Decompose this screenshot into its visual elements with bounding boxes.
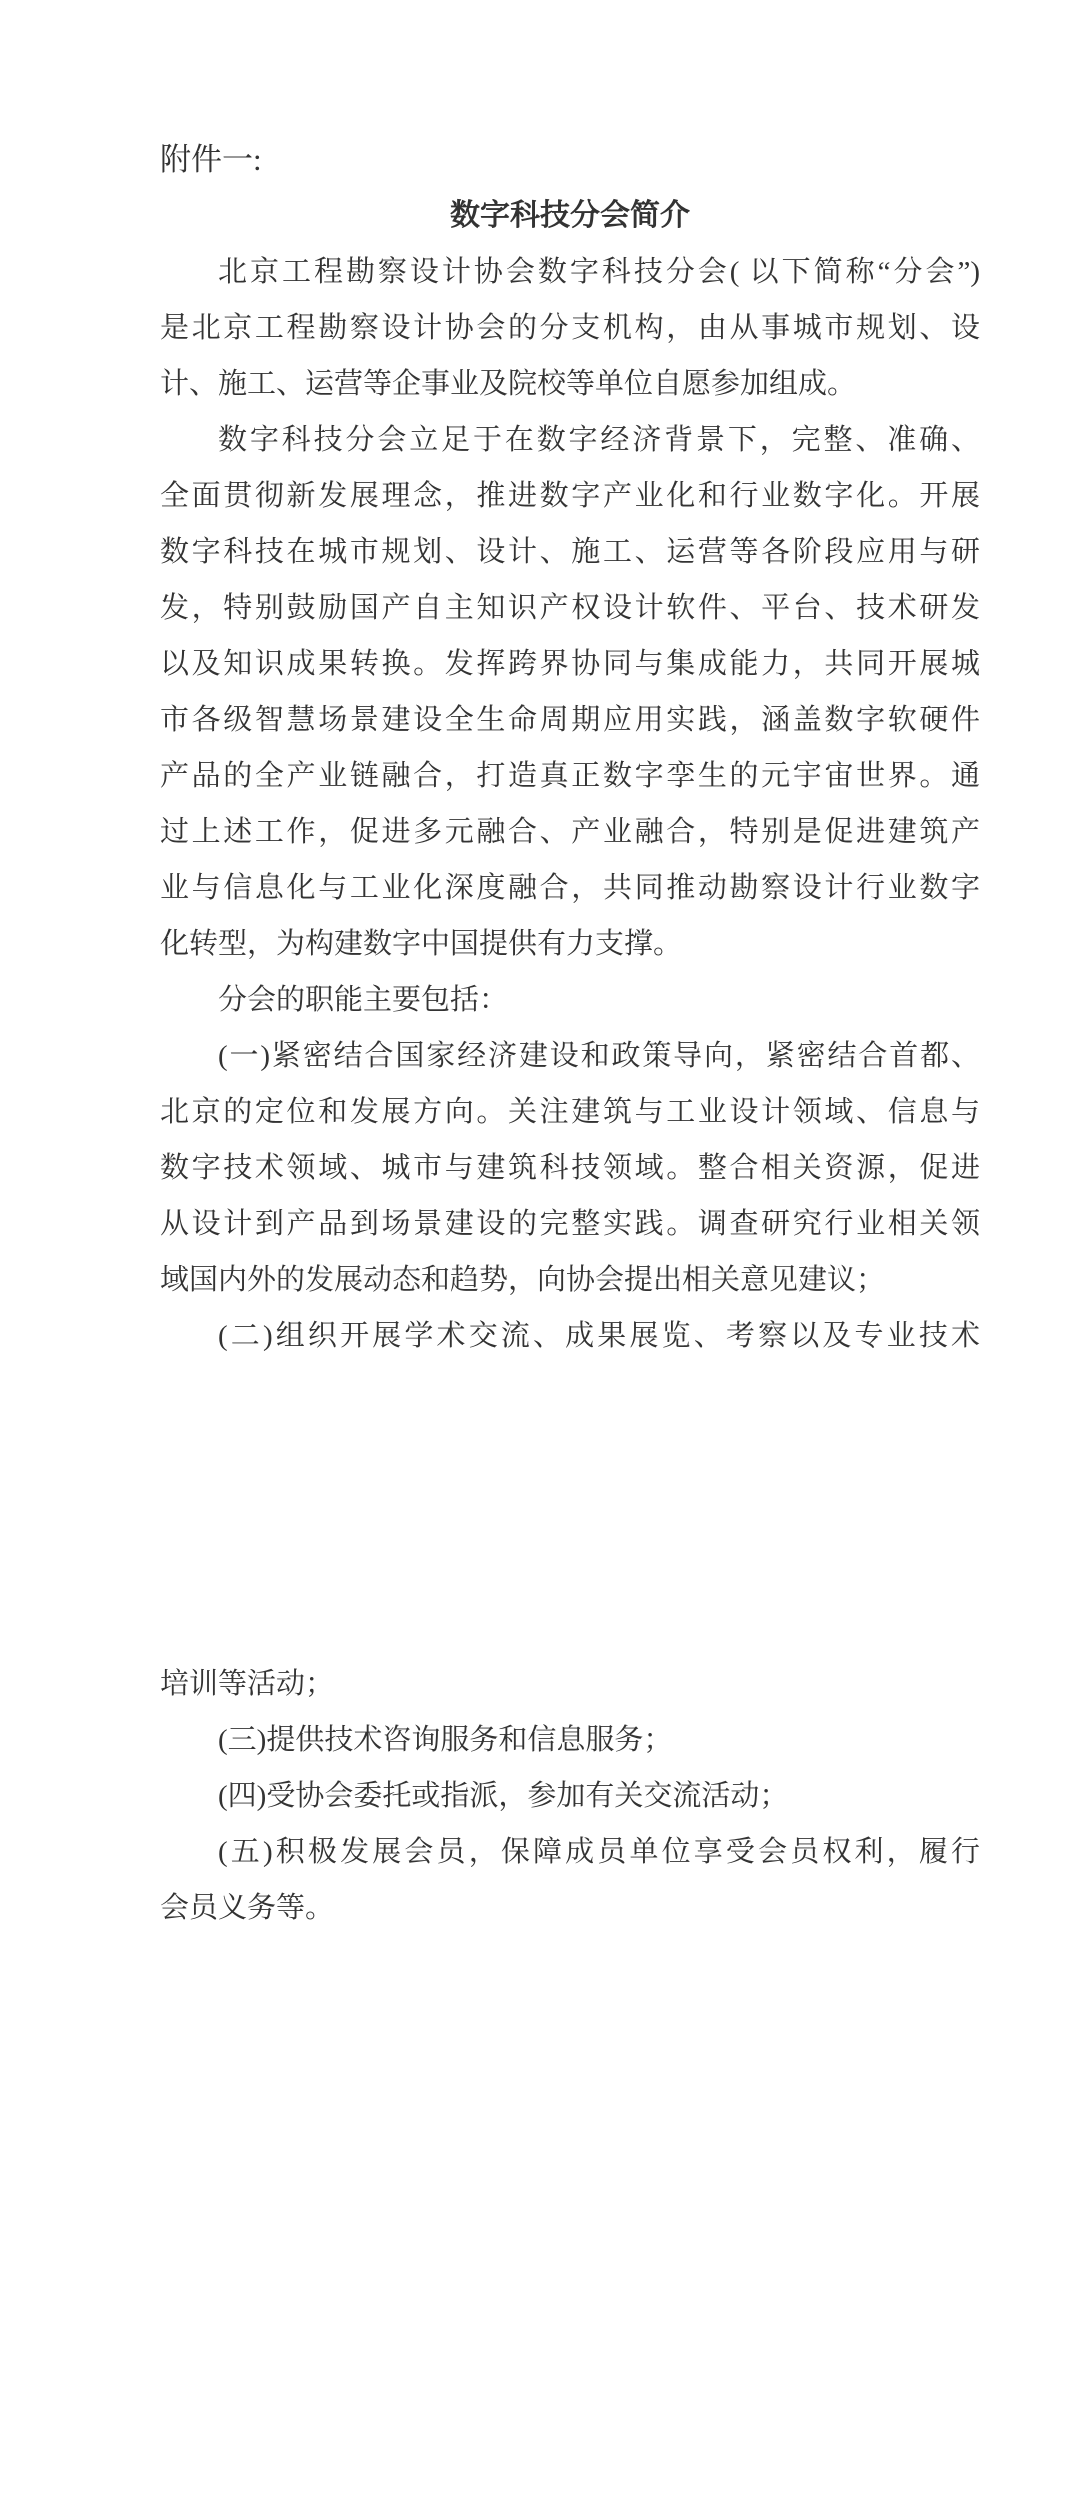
text-line: 是北京工程勘察设计协会的分支机构，由从事城市规划、设: [160, 300, 980, 356]
document-title: 数字科技分会简介: [160, 188, 980, 244]
text-line: 数字科技分会立足于在数字经济背景下，完整、准确、: [160, 412, 980, 468]
text-line: (二)组织开展学术交流、成果展览、考察以及专业技术: [160, 1308, 980, 1364]
text-line: 全面贯彻新发展理念，推进数字产业化和行业数字化。开展: [160, 468, 980, 524]
text-line: (四)受协会委托或指派，参加有关交流活动；: [160, 1768, 980, 1824]
text-line: (五)积极发展会员，保障成员单位享受会员权利，履行: [160, 1824, 980, 1880]
text-line: 北京的定位和发展方向。关注建筑与工业设计领域、信息与: [160, 1084, 980, 1140]
text-line: 数字科技在城市规划、设计、施工、运营等各阶段应用与研: [160, 524, 980, 580]
text-line: 培训等活动；: [160, 1656, 980, 1712]
text-line: 以及知识成果转换。发挥跨界协同与集成能力，共同开展城: [160, 636, 980, 692]
text-line: 化转型，为构建数字中国提供有力支撑。: [160, 916, 980, 972]
text-line: (一)紧密结合国家经济建设和政策导向，紧密结合首都、: [160, 1028, 980, 1084]
text-line: (三)提供技术咨询服务和信息服务；: [160, 1712, 980, 1768]
text-line: 过上述工作，促进多元融合、产业融合，特别是促进建筑产: [160, 804, 980, 860]
page1-text-block: 北京工程勘察设计协会数字科技分会( 以下简称“分会”)是北京工程勘察设计协会的分…: [160, 244, 980, 1364]
text-line: 域国内外的发展动态和趋势，向协会提出相关意见建议；: [160, 1252, 980, 1308]
text-line: 从设计到产品到场景建设的完整实践。调查研究行业相关领: [160, 1196, 980, 1252]
text-line: 业与信息化与工业化深度融合，共同推动勘察设计行业数字: [160, 860, 980, 916]
text-line: 分会的职能主要包括：: [160, 972, 980, 1028]
text-line: 市各级智慧场景建设全生命周期应用实践，涵盖数字软硬件: [160, 692, 980, 748]
text-line: 发，特别鼓励国产自主知识产权设计软件、平台、技术研发: [160, 580, 980, 636]
document-content: 附件一: 数字科技分会简介 北京工程勘察设计协会数字科技分会( 以下简称“分会”…: [0, 0, 980, 1936]
text-line: 产品的全产业链融合，打造真正数字孪生的元宇宙世界。通: [160, 748, 980, 804]
page2-text-block: 培训等活动；(三)提供技术咨询服务和信息服务；(四)受协会委托或指派，参加有关交…: [160, 1656, 980, 1936]
text-line: 数字技术领域、城市与建筑科技领域。整合相关资源，促进: [160, 1140, 980, 1196]
page-break-gap: [160, 1364, 980, 1656]
text-line: 计、施工、运营等企事业及院校等单位自愿参加组成。: [160, 356, 980, 412]
document-page: 附件一: 数字科技分会简介 北京工程勘察设计协会数字科技分会( 以下简称“分会”…: [0, 0, 1070, 2510]
text-line: 北京工程勘察设计协会数字科技分会( 以下简称“分会”): [160, 244, 980, 300]
text-line: 会员义务等。: [160, 1880, 980, 1936]
attachment-label: 附件一:: [160, 132, 980, 188]
